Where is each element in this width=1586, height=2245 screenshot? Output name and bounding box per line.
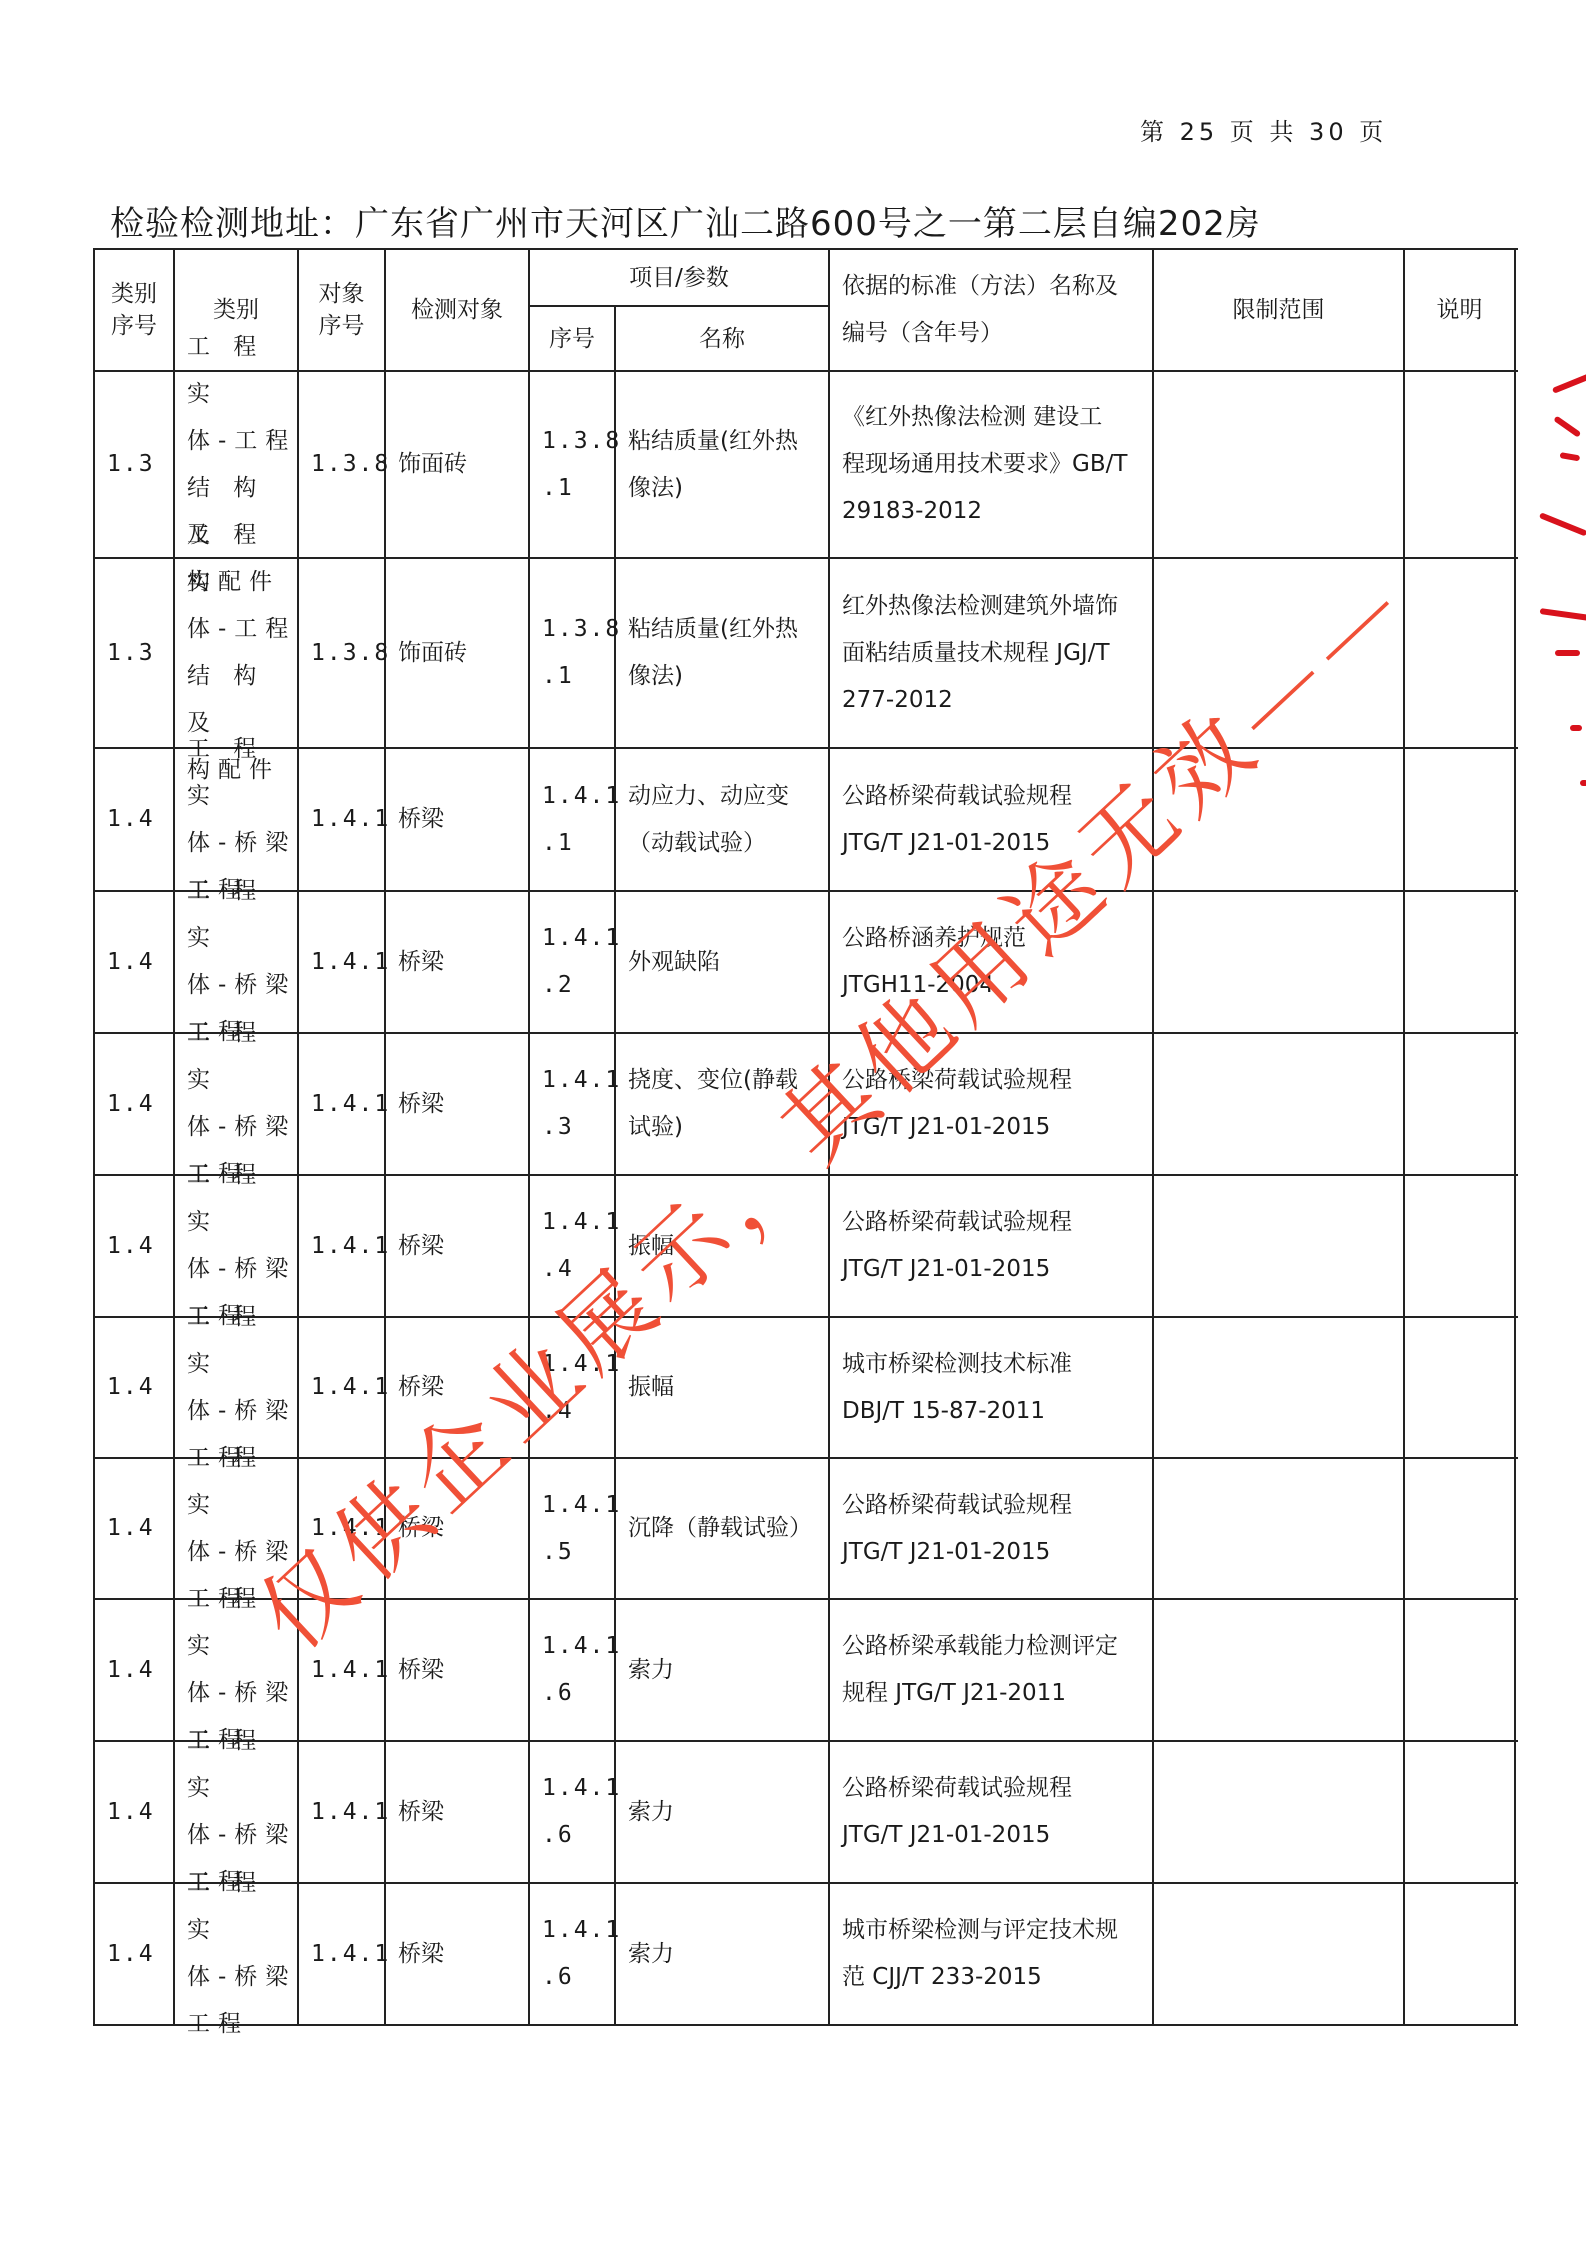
row-category-no-text: 1.4 — [107, 1505, 155, 1552]
header-note: 说明 — [1405, 250, 1514, 370]
stamp-stroke — [1555, 650, 1580, 656]
row-category-no: 1.4 — [95, 892, 173, 1032]
header-item-param: 项目/参数 — [530, 250, 828, 305]
row-standard: 公路桥涵养护规范 JTGH11-2004 — [830, 892, 1152, 1032]
row-note — [1405, 1459, 1514, 1598]
row-item-no-text: 1.4.1 .3 — [542, 1057, 621, 1151]
row-object: 桥梁 — [386, 1176, 528, 1316]
row-item-no: 1.4.1 .4 — [530, 1176, 614, 1316]
table-rule — [93, 2024, 1518, 2026]
row-object: 饰面砖 — [386, 372, 528, 557]
row-item-name-text: 索力 — [628, 1647, 674, 1694]
row-item-name: 索力 — [616, 1600, 828, 1740]
row-standard-text: 公路桥梁荷载试验规程 JTG/T J21-01-2015 — [842, 1765, 1072, 1859]
row-item-name-text: 粘结质量(红外热 像法) — [628, 418, 798, 512]
row-limit — [1154, 892, 1403, 1032]
row-standard-text: 红外热像法检测建筑外墙饰 面粘结质量技术规程 JGJ/T 277-2012 — [842, 583, 1118, 724]
row-item-no-text: 1.3.8 .1 — [542, 606, 621, 700]
row-category-no: 1.3 — [95, 372, 173, 557]
row-item-no-text: 1.4.1 .6 — [542, 1907, 621, 2001]
row-object-no: 1.4.1 — [299, 1884, 384, 2024]
row-item-name: 粘结质量(红外热 像法) — [616, 559, 828, 747]
row-object-no: 1.4.1 — [299, 1459, 384, 1598]
row-category-no-text: 1.3 — [107, 441, 155, 488]
row-object-no: 1.4.1 — [299, 1176, 384, 1316]
row-item-no-text: 1.4.1 .4 — [542, 1341, 621, 1435]
row-object-no-text: 1.4.1 — [311, 796, 390, 843]
testing-address: 检验检测地址：广东省广州市天河区广汕二路600号之一第二层自编202房 — [110, 196, 1261, 245]
row-item-name-text: 外观缺陷 — [628, 939, 720, 986]
header-category-text: 类别 — [213, 294, 259, 326]
row-object-text: 饰面砖 — [398, 441, 467, 488]
header-item-no-text: 序号 — [549, 323, 595, 355]
row-item-no: 1.4.1 .1 — [530, 749, 614, 890]
row-object-no: 1.4.1 — [299, 1742, 384, 1882]
row-item-no-text: 1.3.8 .1 — [542, 418, 621, 512]
row-limit — [1154, 1318, 1403, 1457]
row-item-name: 动应力、动应变 （动载试验） — [616, 749, 828, 890]
header-note-text: 说明 — [1437, 294, 1483, 326]
row-limit — [1154, 372, 1403, 557]
row-object-text: 桥梁 — [398, 1931, 444, 1978]
header-item-name-text: 名称 — [699, 323, 745, 355]
row-item-name: 挠度、变位(静载 试验) — [616, 1034, 828, 1174]
row-standard: 红外热像法检测建筑外墙饰 面粘结质量技术规程 JGJ/T 277-2012 — [830, 559, 1152, 747]
row-item-name: 索力 — [616, 1884, 828, 2024]
row-standard-text: 公路桥梁荷载试验规程 JTG/T J21-01-2015 — [842, 1482, 1072, 1576]
row-note — [1405, 559, 1514, 747]
row-standard: 公路桥梁承载能力检测评定 规程 JTG/T J21-2011 — [830, 1600, 1152, 1740]
stamp-stroke — [1539, 512, 1586, 536]
row-category-no: 1.4 — [95, 1742, 173, 1882]
row-standard: 《红外热像法检测 建设工 程现场通用技术要求》GB/T 29183-2012 — [830, 372, 1152, 557]
row-standard-text: 公路桥梁承载能力检测评定 规程 JTG/T J21-2011 — [842, 1623, 1118, 1717]
row-item-name: 沉降（静载试验） — [616, 1459, 828, 1598]
row-category-no-text: 1.4 — [107, 1647, 155, 1694]
row-standard: 公路桥梁荷载试验规程 JTG/T J21-01-2015 — [830, 1459, 1152, 1598]
row-item-no: 1.4.1 .2 — [530, 892, 614, 1032]
row-note — [1405, 892, 1514, 1032]
row-note — [1405, 1176, 1514, 1316]
row-category-no-text: 1.4 — [107, 1931, 155, 1978]
row-item-name: 索力 — [616, 1742, 828, 1882]
row-object: 桥梁 — [386, 1318, 528, 1457]
row-note — [1405, 749, 1514, 890]
header-standard-text: 依据的标准（方法）名称及 编号（含年号） — [842, 263, 1118, 357]
header-limit: 限制范围 — [1154, 250, 1403, 370]
row-category-no-text: 1.4 — [107, 1789, 155, 1836]
header-category-no-text: 类别 序号 — [111, 278, 157, 342]
row-limit — [1154, 1742, 1403, 1882]
row-category-no: 1.4 — [95, 1459, 173, 1598]
row-standard-text: 城市桥梁检测与评定技术规 范 CJJ/T 233-2015 — [842, 1907, 1118, 2001]
row-object: 桥梁 — [386, 749, 528, 890]
row-category-no: 1.4 — [95, 1318, 173, 1457]
row-category-no-text: 1.4 — [107, 1223, 155, 1270]
row-object: 桥梁 — [386, 1459, 528, 1598]
stamp-stroke — [1580, 780, 1586, 786]
row-item-no-text: 1.4.1 .6 — [542, 1765, 621, 1859]
row-item-no-text: 1.4.1 .4 — [542, 1199, 621, 1293]
row-object-text: 桥梁 — [398, 939, 444, 986]
stamp-stroke — [1552, 373, 1586, 394]
row-category-no-text: 1.4 — [107, 939, 155, 986]
row-object-no-text: 1.4.1 — [311, 1931, 390, 1978]
header-object-no-text: 对象 序号 — [319, 278, 365, 342]
row-note — [1405, 1034, 1514, 1174]
row-limit — [1154, 1600, 1403, 1740]
row-item-name-text: 索力 — [628, 1789, 674, 1836]
row-standard-text: 公路桥涵养护规范 JTGH11-2004 — [842, 915, 1026, 1009]
row-item-no: 1.4.1 .6 — [530, 1742, 614, 1882]
row-limit — [1154, 559, 1403, 747]
row-object-text: 桥梁 — [398, 1789, 444, 1836]
row-object-no-text: 1.3.8 — [311, 441, 390, 488]
row-limit — [1154, 1459, 1403, 1598]
row-category-no-text: 1.4 — [107, 1081, 155, 1128]
row-object-text: 桥梁 — [398, 796, 444, 843]
row-item-no-text: 1.4.1 .2 — [542, 915, 621, 1009]
row-item-name-text: 沉降（静载试验） — [628, 1505, 812, 1552]
row-object-no-text: 1.4.1 — [311, 1647, 390, 1694]
row-limit — [1154, 1884, 1403, 2024]
row-standard: 公路桥梁荷载试验规程 JTG/T J21-01-2015 — [830, 1742, 1152, 1882]
row-standard-text: 公路桥梁荷载试验规程 JTG/T J21-01-2015 — [842, 1057, 1072, 1151]
table-rule — [1514, 248, 1516, 2026]
row-object-no: 1.4.1 — [299, 749, 384, 890]
header-standard: 依据的标准（方法）名称及 编号（含年号） — [830, 250, 1152, 370]
row-object-text: 饰面砖 — [398, 630, 467, 677]
header-object-text: 检测对象 — [411, 294, 503, 326]
row-standard: 公路桥梁荷载试验规程 JTG/T J21-01-2015 — [830, 1176, 1152, 1316]
row-standard-text: 公路桥梁荷载试验规程 JTG/T J21-01-2015 — [842, 773, 1072, 867]
row-item-no-text: 1.4.1 .6 — [542, 1623, 621, 1717]
row-item-name-text: 振幅 — [628, 1223, 674, 1270]
header-object-no: 对象 序号 — [299, 250, 384, 370]
row-note — [1405, 1318, 1514, 1457]
row-item-no: 1.4.1 .3 — [530, 1034, 614, 1174]
row-item-no: 1.4.1 .6 — [530, 1884, 614, 2024]
row-note — [1405, 1600, 1514, 1740]
row-item-no: 1.4.1 .4 — [530, 1318, 614, 1457]
row-item-name: 振幅 — [616, 1176, 828, 1316]
row-note — [1405, 1884, 1514, 2024]
row-object: 桥梁 — [386, 892, 528, 1032]
row-category-no: 1.4 — [95, 1176, 173, 1316]
row-object-no-text: 1.4.1 — [311, 1505, 390, 1552]
row-category-no-text: 1.4 — [107, 796, 155, 843]
stamp-stroke — [1570, 725, 1582, 731]
stamp-stroke — [1559, 452, 1580, 461]
header-limit-text: 限制范围 — [1233, 294, 1325, 326]
row-item-no-text: 1.4.1 .5 — [542, 1482, 621, 1576]
row-limit — [1154, 749, 1403, 890]
stamp-stroke — [1553, 416, 1581, 438]
row-object-text: 桥梁 — [398, 1223, 444, 1270]
row-item-no: 1.3.8 .1 — [530, 372, 614, 557]
row-category: 工 程 实 体-桥梁 工程 — [175, 1884, 297, 2024]
row-object: 饰面砖 — [386, 559, 528, 747]
row-object: 桥梁 — [386, 1600, 528, 1740]
row-object-no: 1.3.8 — [299, 559, 384, 747]
row-object-no-text: 1.3.8 — [311, 630, 390, 677]
row-category-no: 1.4 — [95, 1600, 173, 1740]
row-object-no-text: 1.4.1 — [311, 1789, 390, 1836]
header-item-no: 序号 — [530, 307, 614, 370]
row-object-no: 1.4.1 — [299, 1600, 384, 1740]
row-item-name-text: 索力 — [628, 1931, 674, 1978]
row-standard-text: 公路桥梁荷载试验规程 JTG/T J21-01-2015 — [842, 1199, 1072, 1293]
row-item-name: 粘结质量(红外热 像法) — [616, 372, 828, 557]
stamp-stroke — [1540, 608, 1586, 621]
header-item-param-text: 项目/参数 — [629, 262, 729, 294]
row-object-no-text: 1.4.1 — [311, 1364, 390, 1411]
row-item-name: 振幅 — [616, 1318, 828, 1457]
row-standard: 城市桥梁检测技术标准 DBJ/T 15-87-2011 — [830, 1318, 1152, 1457]
accreditation-scope-table: 类别 序号类别对象 序号检测对象项目/参数序号名称依据的标准（方法）名称及 编号… — [93, 248, 1516, 2024]
row-object-text: 桥梁 — [398, 1505, 444, 1552]
row-object: 桥梁 — [386, 1884, 528, 2024]
row-category-no-text: 1.4 — [107, 1364, 155, 1411]
row-limit — [1154, 1176, 1403, 1316]
row-object-no-text: 1.4.1 — [311, 1081, 390, 1128]
row-item-no: 1.3.8 .1 — [530, 559, 614, 747]
row-object-text: 桥梁 — [398, 1081, 444, 1128]
header-category-no: 类别 序号 — [95, 250, 173, 370]
row-category-no: 1.4 — [95, 1034, 173, 1174]
row-object: 桥梁 — [386, 1034, 528, 1174]
row-category-no: 1.4 — [95, 1884, 173, 2024]
header-item-name: 名称 — [616, 307, 828, 370]
row-category-no-text: 1.3 — [107, 630, 155, 677]
row-object-no-text: 1.4.1 — [311, 1223, 390, 1270]
row-object-no: 1.4.1 — [299, 1034, 384, 1174]
row-category-text: 工 程 实 体-桥梁 工程 — [187, 1860, 297, 2048]
row-item-no: 1.4.1 .5 — [530, 1459, 614, 1598]
row-object: 桥梁 — [386, 1742, 528, 1882]
row-note — [1405, 372, 1514, 557]
row-standard-text: 城市桥梁检测技术标准 DBJ/T 15-87-2011 — [842, 1341, 1072, 1435]
row-item-name: 外观缺陷 — [616, 892, 828, 1032]
row-object-text: 桥梁 — [398, 1647, 444, 1694]
row-item-name-text: 粘结质量(红外热 像法) — [628, 606, 798, 700]
row-item-no: 1.4.1 .6 — [530, 1600, 614, 1740]
row-object-no: 1.4.1 — [299, 1318, 384, 1457]
row-item-name-text: 挠度、变位(静载 试验) — [628, 1057, 798, 1151]
row-standard-text: 《红外热像法检测 建设工 程现场通用技术要求》GB/T 29183-2012 — [842, 394, 1127, 535]
row-limit — [1154, 1034, 1403, 1174]
row-category-no: 1.3 — [95, 559, 173, 747]
row-item-name-text: 振幅 — [628, 1364, 674, 1411]
row-standard: 城市桥梁检测与评定技术规 范 CJJ/T 233-2015 — [830, 1884, 1152, 2024]
row-standard: 公路桥梁荷载试验规程 JTG/T J21-01-2015 — [830, 1034, 1152, 1174]
row-item-no-text: 1.4.1 .1 — [542, 773, 621, 867]
row-category-no: 1.4 — [95, 749, 173, 890]
row-object-text: 桥梁 — [398, 1364, 444, 1411]
row-standard: 公路桥梁荷载试验规程 JTG/T J21-01-2015 — [830, 749, 1152, 890]
row-item-name-text: 动应力、动应变 （动载试验） — [628, 773, 789, 867]
header-object: 检测对象 — [386, 250, 528, 370]
row-object-no-text: 1.4.1 — [311, 939, 390, 986]
row-object-no: 1.3.8 — [299, 372, 384, 557]
page-number: 第 25 页 共 30 页 — [1140, 112, 1387, 147]
row-object-no: 1.4.1 — [299, 892, 384, 1032]
row-category: 工 程 实 体-工程 结 构 及 构配件 — [175, 559, 297, 747]
row-note — [1405, 1742, 1514, 1882]
